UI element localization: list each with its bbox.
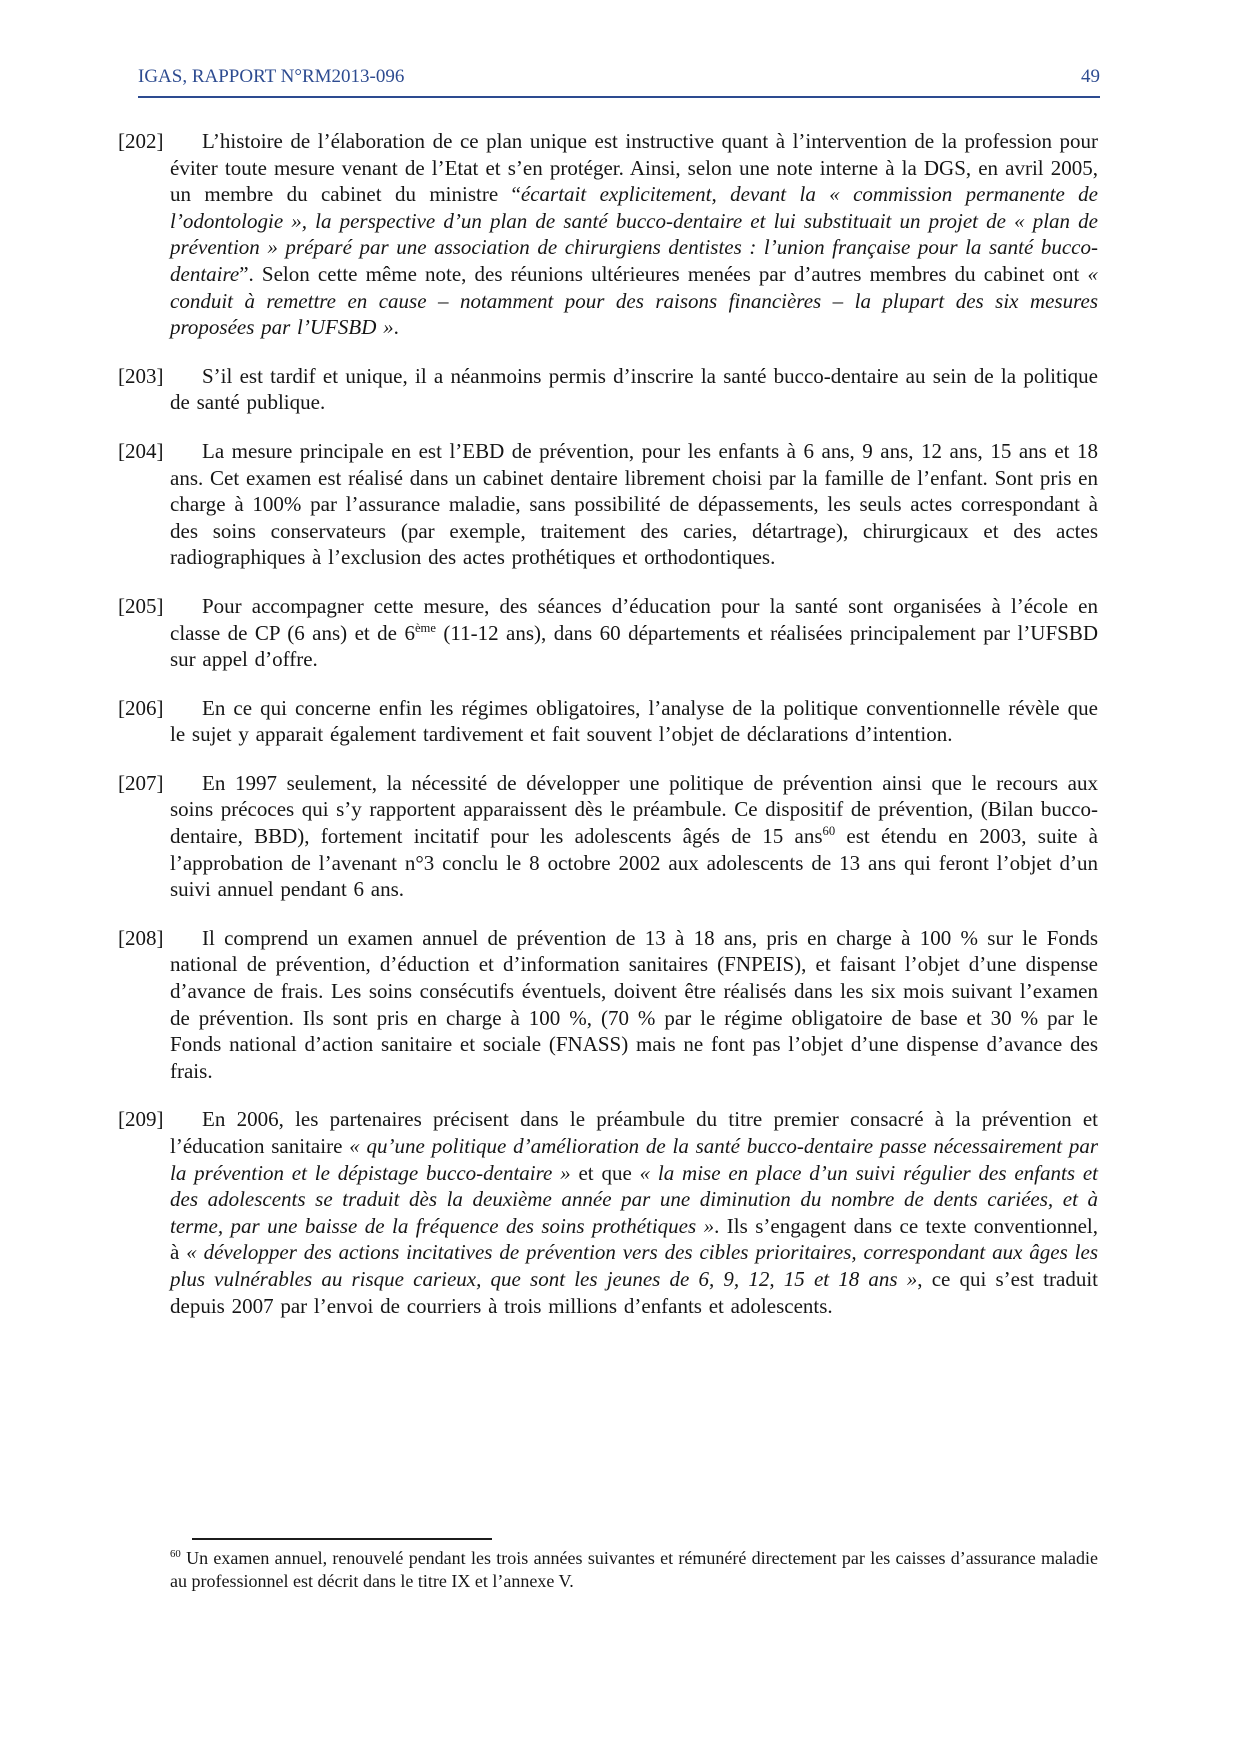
paragraph-number: [207] [118,770,164,797]
footnote-area: 60 Un examen annuel, renouvelé pendant l… [170,1538,1098,1593]
superscript-ref: ème [415,621,436,635]
paragraph-202: [202]L’histoire de l’élaboration de ce p… [170,128,1098,341]
paragraph-number: [202] [118,128,164,155]
document-page: IGAS, RAPPORT N°RM2013-096 49 [202]L’his… [0,0,1240,1754]
paragraph-number: [209] [118,1106,164,1133]
paragraph-206: [206]En ce qui concerne enfin les régime… [170,695,1098,748]
footnote-text: Un examen annuel, renouvelé pendant les … [170,1548,1098,1591]
text-run: S’il est tardif et unique, il a néanmoin… [170,364,1098,415]
text-run: . [394,315,399,339]
text-run: La mesure principale en est l’EBD de pré… [170,439,1098,569]
text-run: et que [571,1161,640,1185]
superscript-ref: 60 [823,824,836,838]
text-run: Il comprend un examen annuel de préventi… [170,926,1098,1083]
footnote: 60 Un examen annuel, renouvelé pendant l… [170,1547,1098,1593]
paragraph-205: [205]Pour accompagner cette mesure, des … [170,593,1098,673]
paragraph-207: [207]En 1997 seulement, la nécessité de … [170,770,1098,903]
text-run: En ce qui concerne enfin les régimes obl… [170,696,1098,747]
paragraph-203: [203]S’il est tardif et unique, il a néa… [170,363,1098,416]
paragraph-number: [206] [118,695,164,722]
paragraph-number: [205] [118,593,164,620]
text-run: ”. Selon cette même note, des réunions u… [239,262,1087,286]
page-header: IGAS, RAPPORT N°RM2013-096 49 [138,66,1100,88]
report-title: IGAS, RAPPORT N°RM2013-096 [138,66,404,88]
paragraph-number: [208] [118,925,164,952]
paragraph-208: [208]Il comprend un examen annuel de pré… [170,925,1098,1085]
paragraph-number: [203] [118,363,164,390]
paragraph-209: [209]En 2006, les partenaires précisent … [170,1106,1098,1319]
page-number: 49 [1081,66,1100,88]
footnote-separator [192,1538,492,1540]
footnote-marker: 60 [170,1548,181,1560]
paragraph-number: [204] [118,438,164,465]
paragraph-list: [202]L’histoire de l’élaboration de ce p… [170,128,1098,1341]
paragraph-204: [204]La mesure principale en est l’EBD d… [170,438,1098,571]
header-rule [138,96,1100,98]
